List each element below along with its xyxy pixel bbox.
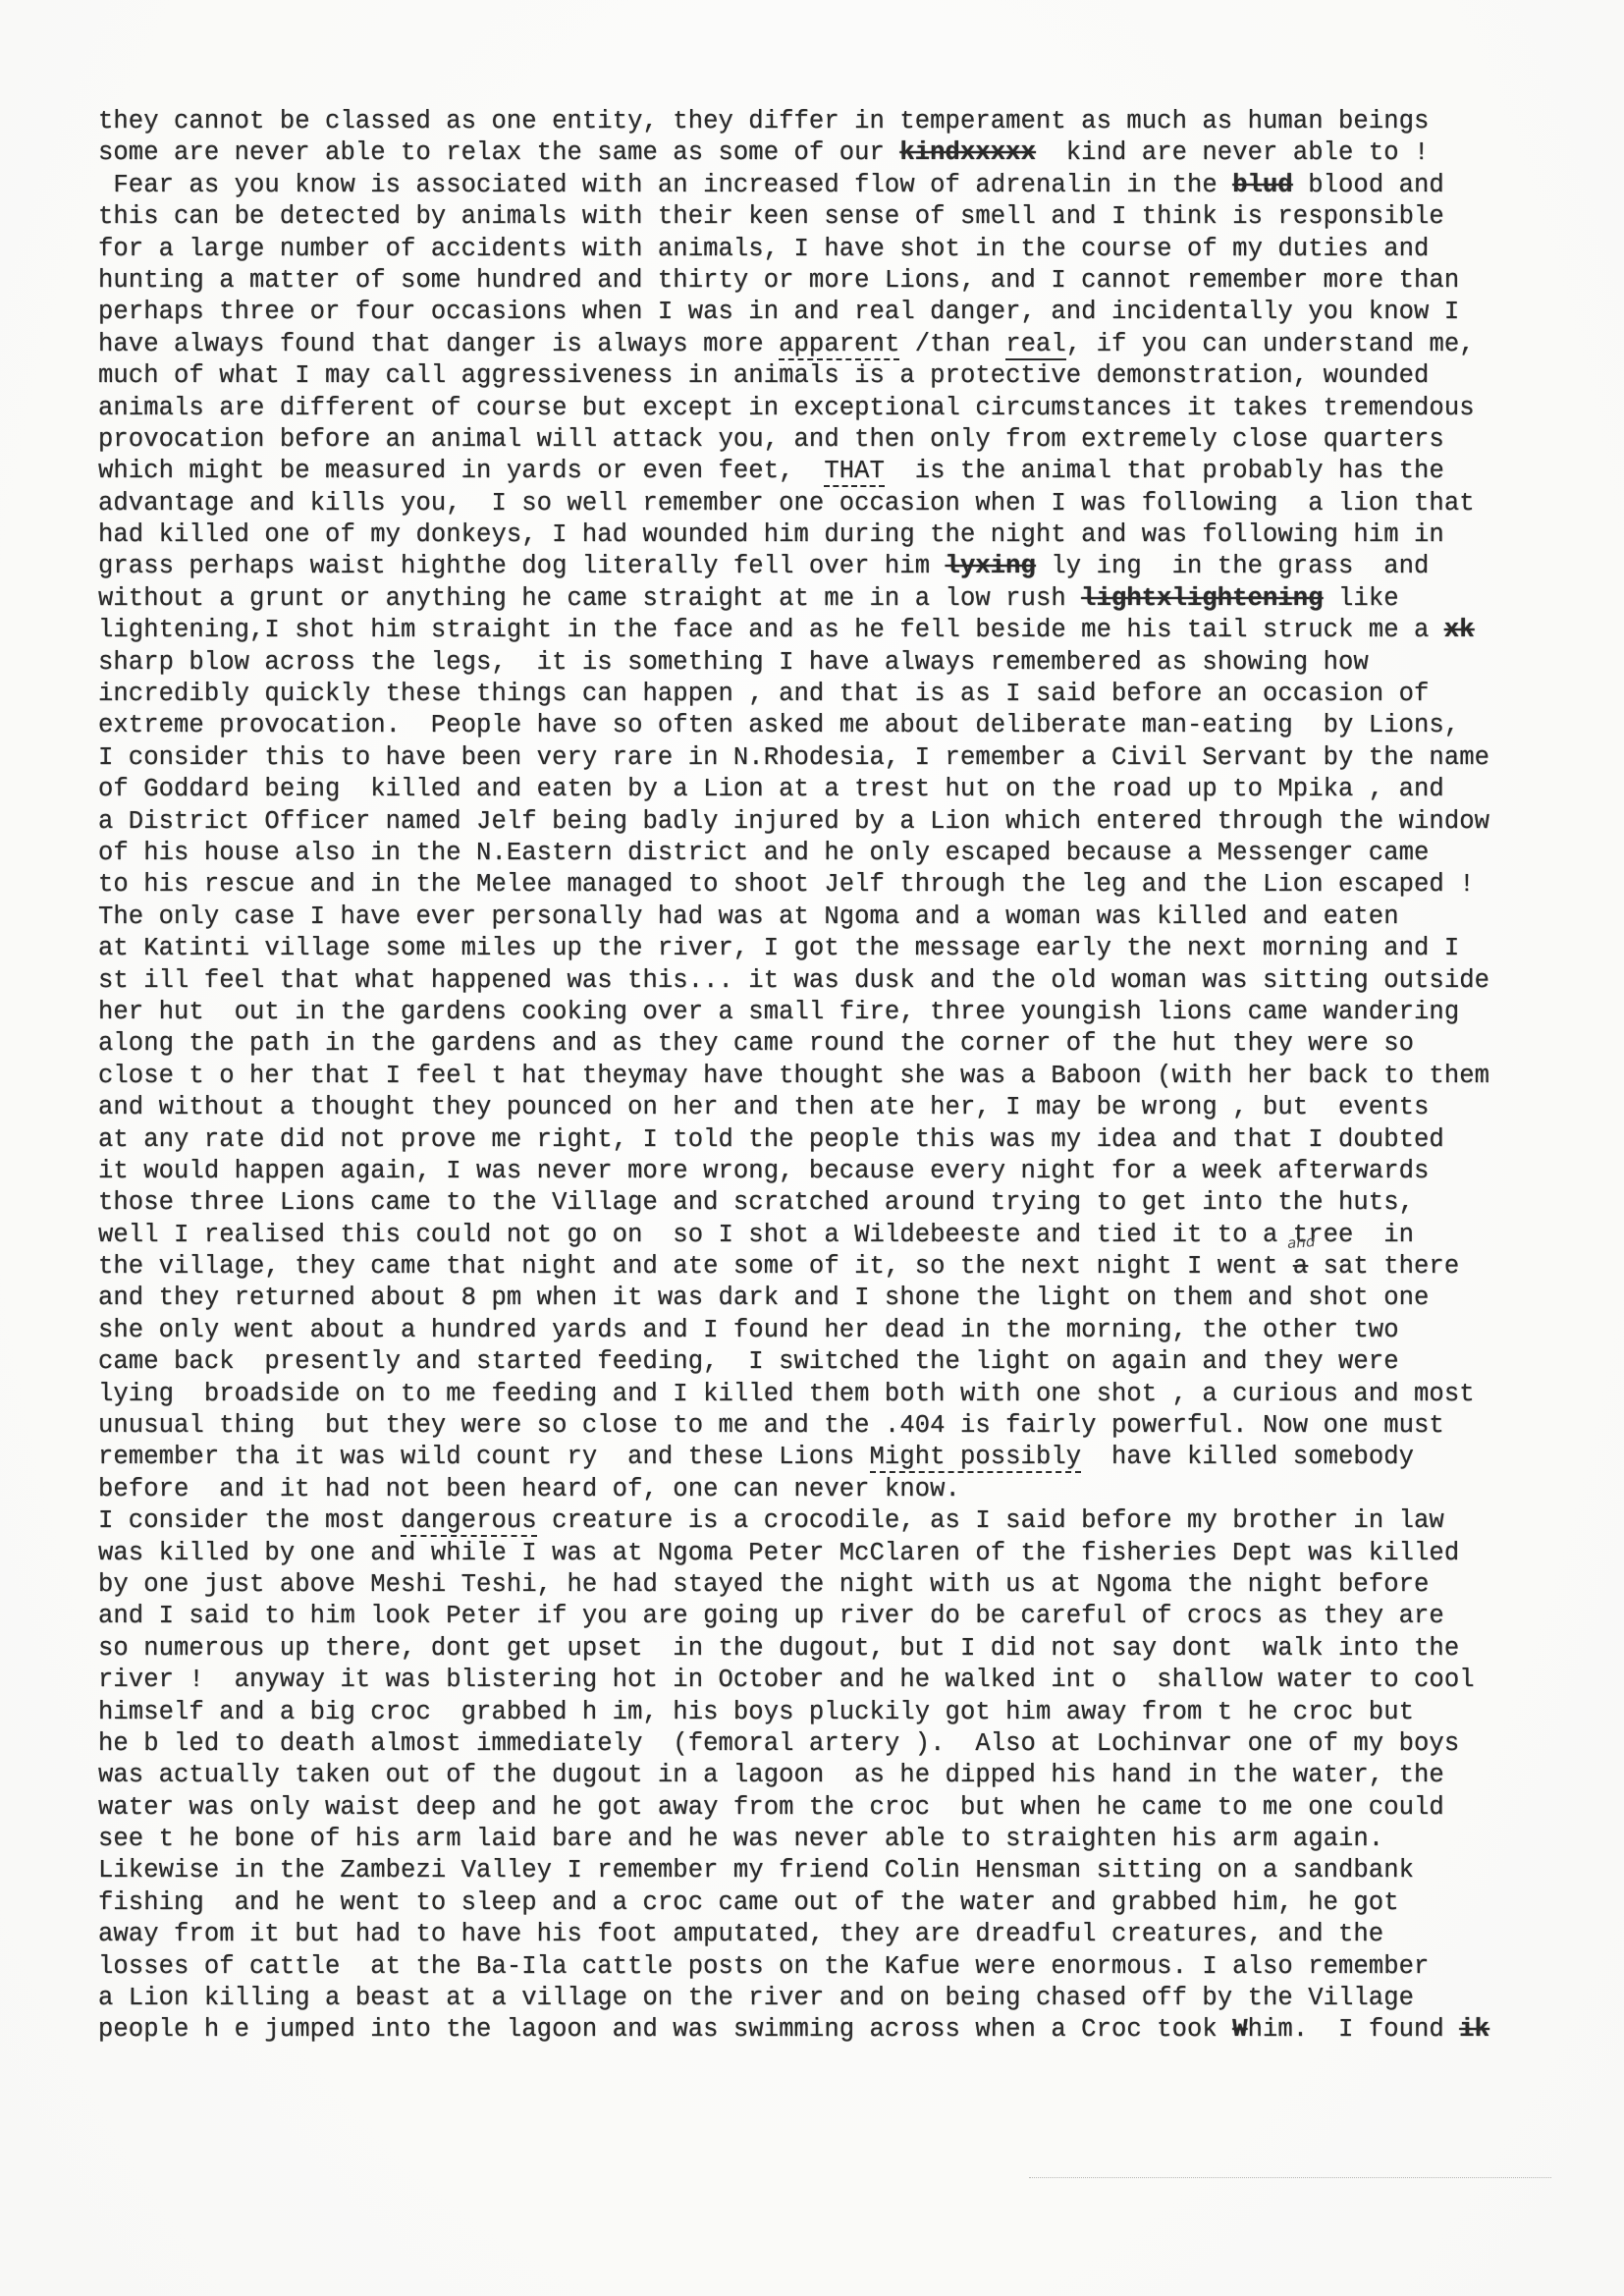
document-line: lightening,I shot him straight in the fa… — [98, 615, 1571, 646]
typewritten-text: and I said to him look Peter if you are … — [98, 1602, 1444, 1630]
document-line: close t o her that I feel t hat theymay … — [98, 1061, 1571, 1092]
typewritten-text: is the animal that probably has the — [885, 457, 1444, 485]
corrected-text: aand — [1293, 1252, 1308, 1281]
document-line: sharp blow across the legs, it is someth… — [98, 647, 1571, 679]
document-line: grass perhaps waist highthe dog literall… — [98, 551, 1571, 582]
document-line: before and it had not been heard of, one… — [98, 1474, 1571, 1505]
typewritten-text: and they returned about 8 pm when it was… — [98, 1284, 1429, 1312]
typewritten-text: ly ing in the grass and — [1036, 552, 1429, 580]
typewritten-text: like — [1324, 584, 1399, 613]
document-line: to his rescue and in the Melee managed t… — [98, 869, 1571, 901]
typewritten-text: Fear as you know is associated with an i… — [98, 171, 1232, 199]
document-line: lying broadside on to me feeding and I k… — [98, 1379, 1571, 1410]
document-line: along the path in the gardens and as the… — [98, 1028, 1571, 1060]
typewritten-text: he b led to death almost immediately (fe… — [98, 1729, 1459, 1758]
typewritten-text: perhaps three or four occasions when I w… — [98, 298, 1459, 326]
document-line: they cannot be classed as one entity, th… — [98, 106, 1571, 137]
document-line: advantage and kills you, I so well remem… — [98, 488, 1571, 519]
typewritten-text: incredibly quickly these things can happ… — [98, 680, 1429, 708]
typewritten-text: people h e jumped into the lagoon and wa… — [98, 2015, 1232, 2044]
typewritten-text: it would happen again, I was never more … — [98, 1157, 1429, 1185]
typewritten-text: to his rescue and in the Melee managed t… — [98, 870, 1475, 899]
underlined-text: apparent — [779, 330, 899, 360]
document-line: and without a thought they pounced on he… — [98, 1092, 1571, 1123]
typewritten-text: was actually taken out of the dugout in … — [98, 1761, 1444, 1789]
document-line: river ! anyway it was blistering hot in … — [98, 1665, 1571, 1696]
document-line: people h e jumped into the lagoon and wa… — [98, 2014, 1571, 2046]
underlined-text: dangerous — [401, 1506, 537, 1537]
typewritten-text: unusual thing but they were so close to … — [98, 1411, 1444, 1440]
document-line: hunting a matter of some hundred and thi… — [98, 265, 1571, 297]
typewritten-text: she only went about a hundred yards and … — [98, 1316, 1399, 1344]
typewritten-text: at Katinti village some miles up the riv… — [98, 934, 1459, 962]
typewritten-text: , if you can understand me, — [1066, 330, 1475, 358]
document-line: well I realised this could not go on so … — [98, 1220, 1571, 1251]
document-line: water was only waist deep and he got awa… — [98, 1792, 1571, 1824]
document-line: her hut out in the gardens cooking over … — [98, 997, 1571, 1028]
struck-out-text: lightxlightening — [1081, 584, 1323, 613]
typewritten-text: kind are never able to ! — [1036, 138, 1429, 167]
typewritten-text: some are never able to relax the same as… — [98, 138, 899, 167]
typewritten-text: advantage and kills you, I so well remem… — [98, 489, 1475, 518]
typewritten-text: The only case I have ever personally had… — [98, 902, 1399, 931]
document-line: the village, they came that night and at… — [98, 1251, 1571, 1283]
typewritten-text: was killed by one and while I was at Ngo… — [98, 1539, 1459, 1567]
typewritten-text: fishing and he went to sleep and a croc … — [98, 1888, 1399, 1917]
document-line: and they returned about 8 pm when it was… — [98, 1283, 1571, 1314]
document-line: away from it but had to have his foot am… — [98, 1919, 1571, 1950]
document-line: Likewise in the Zambezi Valley I remembe… — [98, 1855, 1571, 1886]
typewritten-text: himself and a big croc grabbed h im, his… — [98, 1698, 1414, 1726]
document-line: Fear as you know is associated with an i… — [98, 170, 1571, 201]
typewritten-text: her hut out in the gardens cooking over … — [98, 998, 1459, 1026]
document-line: she only went about a hundred yards and … — [98, 1315, 1571, 1346]
typewritten-text: before and it had not been heard of, one… — [98, 1475, 960, 1503]
typewritten-text: they cannot be classed as one entity, th… — [98, 107, 1429, 136]
typewritten-text: had killed one of my donkeys, I had woun… — [98, 520, 1444, 549]
document-line: remember tha it was wild count ry and th… — [98, 1442, 1571, 1473]
document-line: provocation before an animal will attack… — [98, 424, 1571, 456]
typewritten-text: have killed somebody — [1081, 1443, 1414, 1471]
document-line: it would happen again, I was never more … — [98, 1156, 1571, 1187]
typewritten-text: this can be detected by animals with the… — [98, 202, 1444, 231]
typewritten-text: /than — [899, 330, 1005, 358]
document-line: at any rate did not prove me right, I to… — [98, 1124, 1571, 1156]
typewritten-text: provocation before an animal will attack… — [98, 425, 1444, 454]
typewritten-text: remember tha it was wild count ry and th… — [98, 1443, 870, 1471]
document-line: st ill feel that what happened was this.… — [98, 965, 1571, 997]
typewritten-text: grass perhaps waist highthe dog literall… — [98, 552, 946, 580]
typewritten-text: extreme provocation. People have so ofte… — [98, 711, 1459, 739]
document-line: a District Officer named Jelf being badl… — [98, 806, 1571, 838]
document-line: of his house also in the N.Eastern distr… — [98, 838, 1571, 869]
document-line: which might be measured in yards or even… — [98, 456, 1571, 487]
document-line: see t he bone of his arm laid bare and h… — [98, 1824, 1571, 1855]
typewritten-text: by one just above Meshi Teshi, he had st… — [98, 1570, 1429, 1599]
document-line: some are never able to relax the same as… — [98, 137, 1571, 169]
typewritten-text: have always found that danger is always … — [98, 330, 779, 358]
typewritten-text: the village, they came that night and at… — [98, 1252, 1293, 1281]
document-line: incredibly quickly these things can happ… — [98, 679, 1571, 710]
typewritten-text: close t o her that I feel t hat theymay … — [98, 1062, 1489, 1090]
typewritten-text: creature is a crocodile, as I said befor… — [537, 1506, 1444, 1535]
document-line: and I said to him look Peter if you are … — [98, 1601, 1571, 1632]
typewritten-text: along the path in the gardens and as the… — [98, 1029, 1414, 1058]
document-line: The only case I have ever personally had… — [98, 902, 1571, 933]
document-line: was actually taken out of the dugout in … — [98, 1760, 1571, 1791]
document-line: so numerous up there, dont get upset in … — [98, 1633, 1571, 1665]
typewritten-text: lightening,I shot him straight in the fa… — [98, 616, 1444, 644]
typewritten-text: at any rate did not prove me right, I to… — [98, 1125, 1444, 1154]
document-line: he b led to death almost immediately (fe… — [98, 1728, 1571, 1760]
struck-out-text: xk — [1444, 616, 1475, 644]
typewritten-text: blood and — [1293, 171, 1444, 199]
typewritten-text: river ! anyway it was blistering hot in … — [98, 1666, 1475, 1694]
typewritten-text: much of what I may call aggressiveness i… — [98, 361, 1429, 390]
document-line: a Lion killing a beast at a village on t… — [98, 1983, 1571, 2014]
typewritten-text: st ill feel that what happened was this.… — [98, 966, 1489, 995]
struck-out-text: W — [1232, 2015, 1247, 2044]
document-line: at Katinti village some miles up the riv… — [98, 933, 1571, 964]
document-page: they cannot be classed as one entity, th… — [0, 0, 1624, 2296]
document-line: had killed one of my donkeys, I had woun… — [98, 519, 1571, 551]
document-line: perhaps three or four occasions when I w… — [98, 297, 1571, 328]
document-line: himself and a big croc grabbed h im, his… — [98, 1697, 1571, 1728]
struck-out-text: blud — [1232, 171, 1293, 199]
document-line: have always found that danger is always … — [98, 329, 1571, 360]
document-line: I consider this to have been very rare i… — [98, 742, 1571, 774]
typewritten-text: without a grunt or anything he came stra… — [98, 584, 1081, 613]
handwritten-insertion: and — [1286, 1234, 1316, 1251]
document-line: losses of cattle at the Ba-Ila cattle po… — [98, 1951, 1571, 1983]
typewritten-text: lying broadside on to me feeding and I k… — [98, 1380, 1475, 1408]
typewritten-text: away from it but had to have his foot am… — [98, 1920, 1383, 1948]
document-line: extreme provocation. People have so ofte… — [98, 710, 1571, 741]
typewritten-text: of his house also in the N.Eastern distr… — [98, 839, 1429, 867]
document-line: came back presently and started feeding,… — [98, 1346, 1571, 1378]
typewritten-text: for a large number of accidents with ani… — [98, 235, 1429, 263]
document-line: was killed by one and while I was at Ngo… — [98, 1538, 1571, 1569]
document-line: fishing and he went to sleep and a croc … — [98, 1887, 1571, 1919]
typewritten-text: him. I found — [1248, 2015, 1460, 2044]
document-line: those three Lions came to the Village an… — [98, 1187, 1571, 1219]
typewritten-text: those three Lions came to the Village an… — [98, 1188, 1414, 1217]
document-line: much of what I may call aggressiveness i… — [98, 360, 1571, 392]
typewritten-text: I consider this to have been very rare i… — [98, 743, 1489, 772]
typewritten-text: hunting a matter of some hundred and thi… — [98, 266, 1459, 295]
struck-out-text: ik — [1459, 2015, 1489, 2044]
document-line: animals are different of course but exce… — [98, 393, 1571, 424]
typewritten-text: came back presently and started feeding,… — [98, 1347, 1399, 1376]
document-line: without a grunt or anything he came stra… — [98, 583, 1571, 615]
typewritten-text: animals are different of course but exce… — [98, 394, 1475, 422]
typewritten-text: I consider the most — [98, 1506, 401, 1535]
document-line: I consider the most dangerous creature i… — [98, 1505, 1571, 1537]
typewritten-text: sharp blow across the legs, it is someth… — [98, 648, 1369, 677]
scan-artifact-line — [1029, 2177, 1551, 2178]
typewritten-text: losses of cattle at the Ba-Ila cattle po… — [98, 1952, 1429, 1981]
struck-out-text: lyxing — [946, 552, 1036, 580]
typewritten-text: well I realised this could not go on so … — [98, 1221, 1414, 1249]
underlined-text: THAT — [824, 457, 885, 487]
document-line: unusual thing but they were so close to … — [98, 1410, 1571, 1442]
underlined-text: Might possibly — [870, 1443, 1082, 1473]
typewritten-text: which might be measured in yards or even… — [98, 457, 824, 485]
typewritten-text: see t he bone of his arm laid bare and h… — [98, 1825, 1383, 1853]
document-text: they cannot be classed as one entity, th… — [98, 106, 1571, 2047]
typewritten-text: so numerous up there, dont get upset in … — [98, 1634, 1459, 1663]
typewritten-text: a District Officer named Jelf being badl… — [98, 807, 1489, 836]
typewritten-text: water was only waist deep and he got awa… — [98, 1793, 1444, 1822]
typewritten-text: of Goddard being killed and eaten by a L… — [98, 775, 1444, 803]
typewritten-text: and without a thought they pounced on he… — [98, 1093, 1429, 1121]
document-line: this can be detected by animals with the… — [98, 201, 1571, 233]
typewritten-text: sat there — [1308, 1252, 1459, 1281]
document-line: for a large number of accidents with ani… — [98, 234, 1571, 265]
typewritten-text: a Lion killing a beast at a village on t… — [98, 1984, 1414, 2012]
document-line: by one just above Meshi Teshi, he had st… — [98, 1569, 1571, 1601]
struck-out-text: kindxxxxx — [899, 138, 1036, 167]
underlined-text: real — [1005, 330, 1066, 360]
document-line: of Goddard being killed and eaten by a L… — [98, 774, 1571, 805]
typewritten-text: Likewise in the Zambezi Valley I remembe… — [98, 1856, 1414, 1885]
